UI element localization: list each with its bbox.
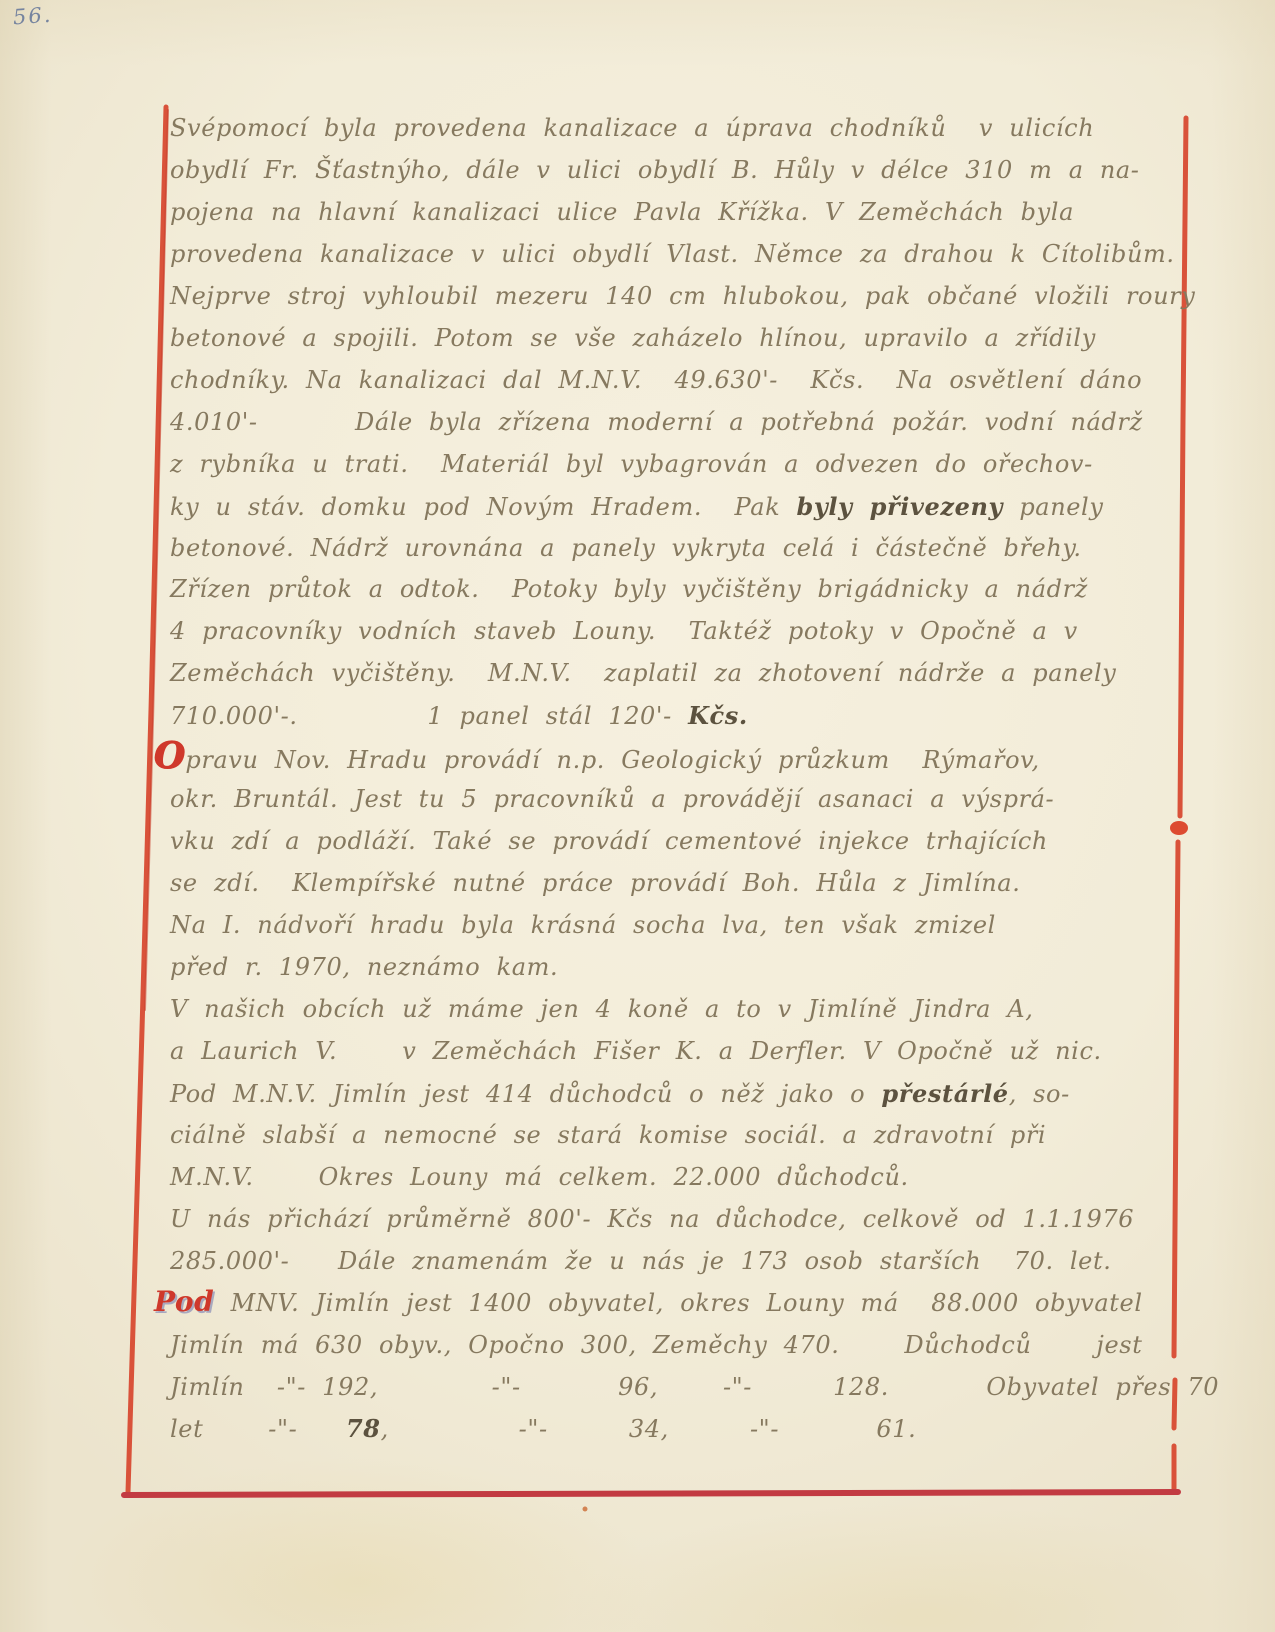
manuscript-line: 710.000'-. 1 panel stál 120'- Kčs. bbox=[170, 701, 1170, 743]
manuscript-line: M.N.V. Okres Louny má celkem. 22.000 důc… bbox=[170, 1163, 1170, 1205]
handwritten-text: přestárlé bbox=[881, 1079, 1008, 1108]
manuscript-line: z rybníka u trati. Materiál byl vybagrov… bbox=[170, 450, 1170, 492]
handwritten-text: U nás přichází průměrně 800'- Kčs na důc… bbox=[170, 1205, 1134, 1233]
manuscript-line: Zřízen průtok a odtok. Potoky byly vyčiš… bbox=[170, 575, 1170, 617]
manuscript-line: chodníky. Na kanalizaci dal M.N.V. 49.63… bbox=[170, 366, 1170, 408]
handwritten-text: vku zdí a podláží. Také se provádí cemen… bbox=[170, 827, 1048, 855]
handwritten-text: Na I. nádvoří hradu byla krásná socha lv… bbox=[170, 911, 996, 939]
handwritten-text: Kčs. bbox=[688, 701, 748, 730]
handwritten-text: Zřízen průtok a odtok. Potoky byly vyčiš… bbox=[170, 575, 1088, 603]
handwritten-text: byly přivezeny bbox=[796, 492, 1003, 521]
handwritten-text: pravu Nov. Hradu provádí n.p. Geologický… bbox=[185, 746, 1039, 774]
manuscript-line: ky u stáv. domku pod Novým Hradem. Pak b… bbox=[170, 492, 1170, 534]
handwritten-text: ciálně slabší a nemocné se stará komise … bbox=[170, 1121, 1046, 1149]
manuscript-line: U nás přichází průměrně 800'- Kčs na důc… bbox=[170, 1205, 1170, 1247]
manuscript-line: betonové. Nádrž urovnána a panely vykryt… bbox=[170, 534, 1170, 576]
manuscript-line: obydlí Fr. Šťastnýho, dále v ulici obydl… bbox=[170, 156, 1170, 198]
handwritten-text: provedena kanalizace v ulici obydlí Vlas… bbox=[170, 240, 1175, 268]
handwritten-text: V našich obcích už máme jen 4 koně a to … bbox=[170, 995, 1033, 1023]
handwritten-text: let -"- bbox=[170, 1415, 346, 1443]
handwritten-text: 4.010'- Dále byla zřízena moderní a potř… bbox=[170, 408, 1143, 436]
handwritten-text: obydlí Fr. Šťastnýho, dále v ulici obydl… bbox=[170, 156, 1140, 184]
manuscript-line: provedena kanalizace v ulici obydlí Vlas… bbox=[170, 240, 1170, 282]
manuscript-line: Zeměchách vyčištěny. M.N.V. zaplatil za … bbox=[170, 659, 1170, 701]
manuscript-line: Nejprve stroj vyhloubil mezeru 140 cm hl… bbox=[170, 282, 1170, 324]
handwritten-text: betonové. Nádrž urovnána a panely vykryt… bbox=[170, 534, 1082, 562]
manuscript-line: Pod M.N.V. Jimlín jest 414 důchodců o ně… bbox=[170, 1079, 1170, 1121]
handwritten-text: panely bbox=[1003, 493, 1103, 521]
manuscript-line: Na I. nádvoří hradu byla krásná socha lv… bbox=[170, 911, 1170, 953]
handwritten-text: 78 bbox=[346, 1414, 381, 1443]
handwritten-text: před r. 1970, neznámo kam. bbox=[170, 953, 558, 981]
handwritten-text: 285.000'- Dále znamenám že u nás je 173 … bbox=[170, 1247, 1111, 1275]
manuscript-line: let -"- 78, -"- 34, -"- 61. bbox=[170, 1414, 1170, 1456]
handwritten-text: okr. Bruntál. Jest tu 5 pracovníků a pro… bbox=[170, 785, 1054, 813]
handwritten-text: pojena na hlavní kanalizaci ulice Pavla … bbox=[170, 198, 1074, 226]
manuscript-line: V našich obcích už máme jen 4 koně a to … bbox=[170, 995, 1170, 1037]
manuscript-line: 285.000'- Dále znamenám že u nás je 173 … bbox=[170, 1247, 1170, 1289]
manuscript-line: 4.010'- Dále byla zřízena moderní a potř… bbox=[170, 408, 1170, 450]
handwritten-text: Zeměchách vyčištěny. M.N.V. zaplatil za … bbox=[170, 659, 1116, 687]
manuscript-line: Pod MNV. Jimlín jest 1400 obyvatel, okre… bbox=[170, 1289, 1170, 1331]
red-highlighted-word: Pod bbox=[154, 1289, 214, 1315]
manuscript-line: pojena na hlavní kanalizaci ulice Pavla … bbox=[170, 198, 1170, 240]
handwritten-text: Svépomocí byla provedena kanalizace a úp… bbox=[170, 114, 1094, 142]
manuscript-line: betonové a spojili. Potom se vše zaházel… bbox=[170, 324, 1170, 366]
manuscript-line: a Laurich V. v Zeměchách Fišer K. a Derf… bbox=[170, 1037, 1170, 1079]
manuscript-line: před r. 1970, neznámo kam. bbox=[170, 953, 1170, 995]
manuscript-lines: Svépomocí byla provedena kanalizace a úp… bbox=[0, 0, 1275, 1632]
manuscript-line: Jimlín -"- 192, -"- 96, -"- 128. Obyvate… bbox=[170, 1373, 1170, 1415]
manuscript-line: ciálně slabší a nemocné se stará komise … bbox=[170, 1121, 1170, 1163]
manuscript-line: Opravu Nov. Hradu provádí n.p. Geologick… bbox=[170, 743, 1170, 785]
handwritten-text: M.N.V. Okres Louny má celkem. 22.000 důc… bbox=[170, 1163, 909, 1191]
handwritten-text: Pod M.N.V. Jimlín jest 414 důchodců o ně… bbox=[170, 1080, 881, 1108]
handwritten-text: betonové a spojili. Potom se vše zaházel… bbox=[170, 324, 1096, 352]
handwritten-text: MNV. Jimlín jest 1400 obyvatel, okres Lo… bbox=[214, 1289, 1142, 1317]
manuscript-line: Svépomocí byla provedena kanalizace a úp… bbox=[170, 114, 1170, 156]
handwritten-text: , so- bbox=[1009, 1080, 1070, 1108]
handwritten-text: 4 pracovníky vodních staveb Louny. Takté… bbox=[170, 617, 1078, 645]
handwritten-text: z rybníka u trati. Materiál byl vybagrov… bbox=[170, 450, 1093, 478]
manuscript-line: Jimlín má 630 obyv., Opočno 300, Zeměchy… bbox=[170, 1331, 1170, 1373]
handwritten-text: se zdí. Klempířské nutné práce provádí B… bbox=[170, 869, 1020, 897]
red-initial-letter: O bbox=[154, 743, 185, 769]
handwritten-text: a Laurich V. v Zeměchách Fišer K. a Derf… bbox=[170, 1037, 1102, 1065]
handwritten-text: ky u stáv. domku pod Novým Hradem. Pak bbox=[170, 493, 796, 521]
manuscript-line: vku zdí a podláží. Také se provádí cemen… bbox=[170, 827, 1170, 869]
handwritten-text: , -"- 34, -"- 61. bbox=[381, 1415, 917, 1443]
manuscript-line: okr. Bruntál. Jest tu 5 pracovníků a pro… bbox=[170, 785, 1170, 827]
chronicle-page: 56. Svépomocí byla provedena kanalizace … bbox=[0, 0, 1275, 1632]
handwritten-text: chodníky. Na kanalizaci dal M.N.V. 49.63… bbox=[170, 366, 1142, 394]
handwritten-text: Nejprve stroj vyhloubil mezeru 140 cm hl… bbox=[170, 282, 1195, 310]
manuscript-line: 4 pracovníky vodních staveb Louny. Takté… bbox=[170, 617, 1170, 659]
handwritten-text: 710.000'-. 1 panel stál 120'- bbox=[170, 702, 688, 730]
handwritten-text: Jimlín má 630 obyv., Opočno 300, Zeměchy… bbox=[170, 1331, 1142, 1359]
manuscript-line: se zdí. Klempířské nutné práce provádí B… bbox=[170, 869, 1170, 911]
handwritten-text: Jimlín -"- 192, -"- 96, -"- 128. Obyvate… bbox=[170, 1373, 1219, 1401]
